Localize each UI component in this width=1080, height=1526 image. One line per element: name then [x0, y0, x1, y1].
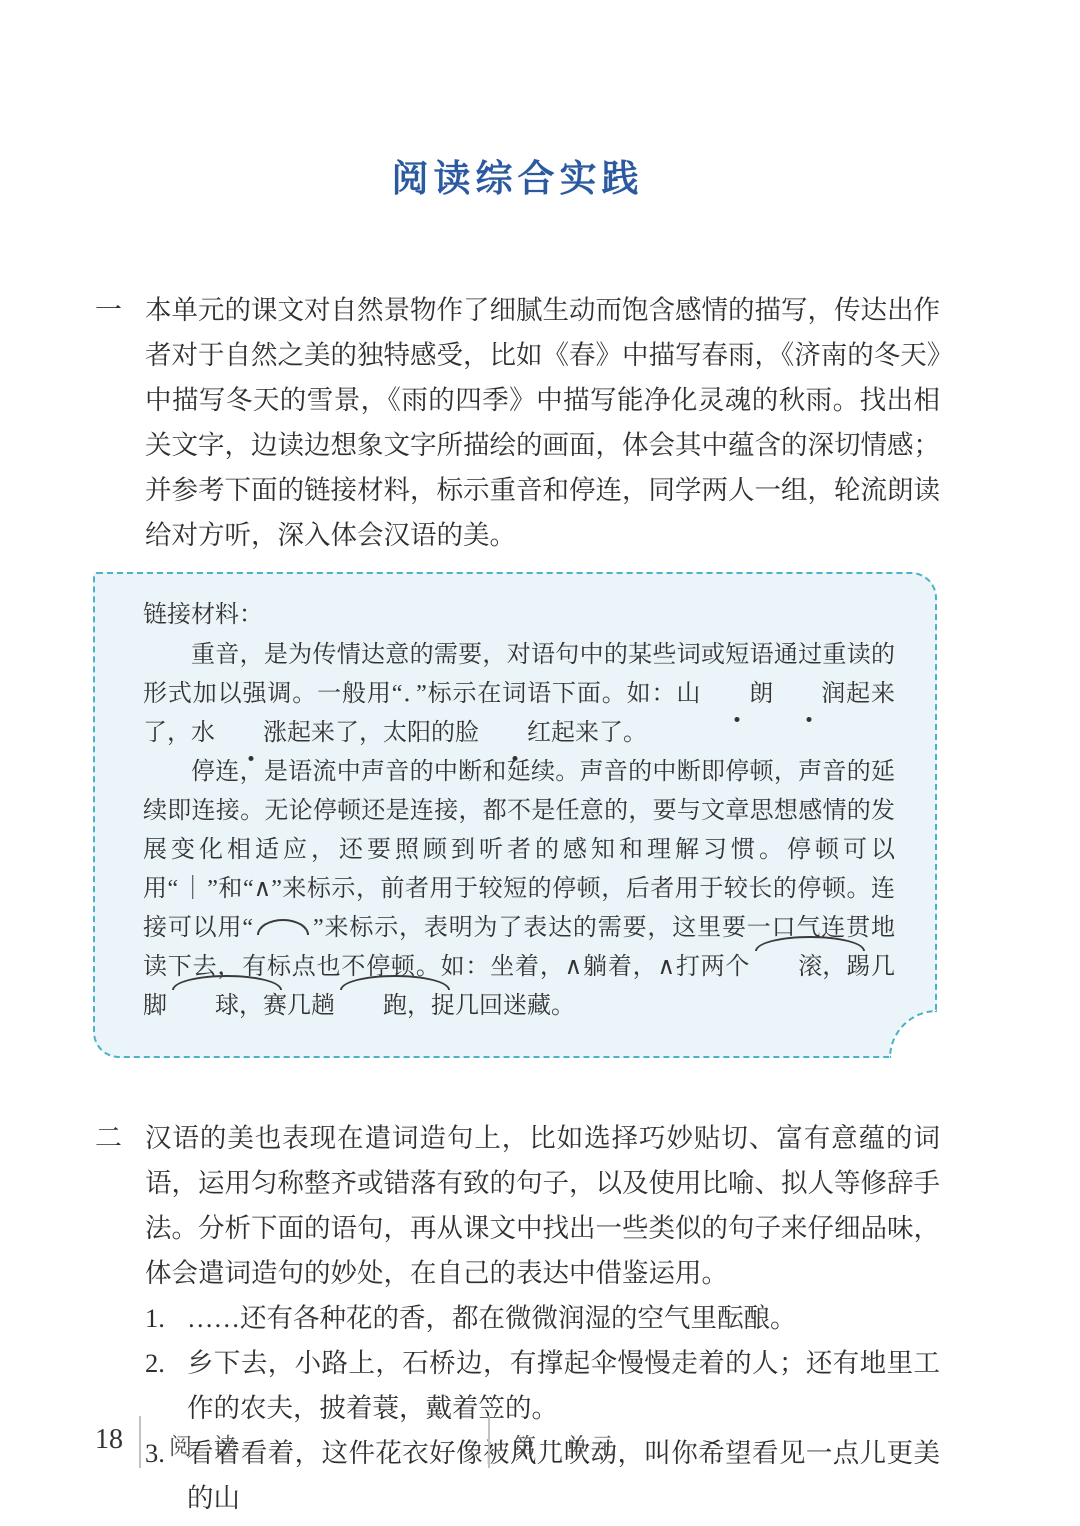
stress-dot-symbol: ．: [402, 681, 416, 707]
pause-caret-2: ∧: [657, 954, 675, 980]
page-title: 阅读综合实践: [95, 0, 940, 202]
stress-text-4: 起来了，太阳的脸: [287, 720, 479, 746]
exercise-one-paragraph: 本单元的课文对自然景物作了细腻生动而饱含感情的描写，传达出作者对于自然之美的独特…: [145, 288, 940, 558]
pause-text-5: 躺着，: [582, 954, 657, 980]
link-material-box: 链接材料： 重音，是为传情达意的需要，对语句中的某些词或短语通过重读的形式加以强…: [93, 572, 937, 1058]
liaison-pair-pao-zhuo: 跑，捉: [335, 987, 455, 1026]
stress-text-2: ”标示在词语下面。如：山: [416, 681, 701, 707]
stressed-char-hong: 红: [479, 714, 551, 753]
footer-divider-1: [139, 1416, 141, 1468]
linkbox-heading: 链接材料：: [143, 594, 895, 636]
liaison-pair-qiu-sai: 球，赛: [167, 987, 287, 1026]
footer-unit-label: 第一单元: [513, 1428, 617, 1461]
item-1-text: ……还有各种花的香，都在微微润湿的空气里酝酿。: [187, 1296, 940, 1341]
page-number: 18: [95, 1424, 123, 1456]
pause-definition-paragraph: 停连，是语流中声音的中断和延续。声音的中断即停顿，声音的延续即连接。无论停顿还是…: [143, 753, 895, 1026]
exercise-two-marker: 二: [95, 1116, 145, 1296]
short-pause-bar-symbol: ｜: [178, 876, 207, 902]
exercise-one-marker: 一: [95, 288, 145, 558]
stressed-char-run: 润: [773, 675, 845, 714]
long-pause-caret-symbol: ∧: [254, 876, 272, 902]
footer-book-section: 阅 读: [169, 1428, 245, 1461]
textbook-page: 阅读综合实践 一 本单元的课文对自然景物作了细腻生动而饱含感情的描写，传达出作者…: [0, 0, 1080, 1526]
exercise-two: 二 汉语的美也表现在遣词造句上，比如选择巧妙贴切、富有意蕴的词语，运用匀称整齐或…: [95, 1116, 940, 1296]
stress-text-5: 起来了。: [551, 720, 647, 746]
pause-text-9: 几回迷藏。: [455, 993, 575, 1019]
exercise-one: 一 本单元的课文对自然景物作了细腻生动而饱含感情的描写，传达出作者对于自然之美的…: [95, 288, 940, 558]
pause-text-2: ”和“: [207, 876, 253, 902]
example-item-1: 1. ……还有各种花的香，都在微微润湿的空气里酝酿。: [145, 1296, 940, 1341]
stress-definition-paragraph: 重音，是为传情达意的需要，对语句中的某些词或短语通过重读的形式加以强调。一般用“…: [143, 636, 895, 753]
pause-caret-1: ∧: [565, 954, 583, 980]
liaison-arc-icon: [257, 919, 309, 935]
liaison-pair-gun-ti: 滚，踢: [750, 948, 870, 987]
stressed-char-lang: 朗: [701, 675, 773, 714]
footer-divider-2: [488, 1416, 490, 1468]
stressed-char-zhang: 涨: [215, 714, 287, 753]
page-footer: 18 阅 读 第一单元: [95, 1416, 985, 1468]
pause-text-8: 几趟: [287, 993, 335, 1019]
exercise-two-paragraph: 汉语的美也表现在遣词造句上，比如选择巧妙贴切、富有意蕴的词语，运用匀称整齐或错落…: [145, 1116, 940, 1296]
item-1-number: 1.: [145, 1296, 187, 1341]
pause-text-6: 打两个: [675, 954, 750, 980]
